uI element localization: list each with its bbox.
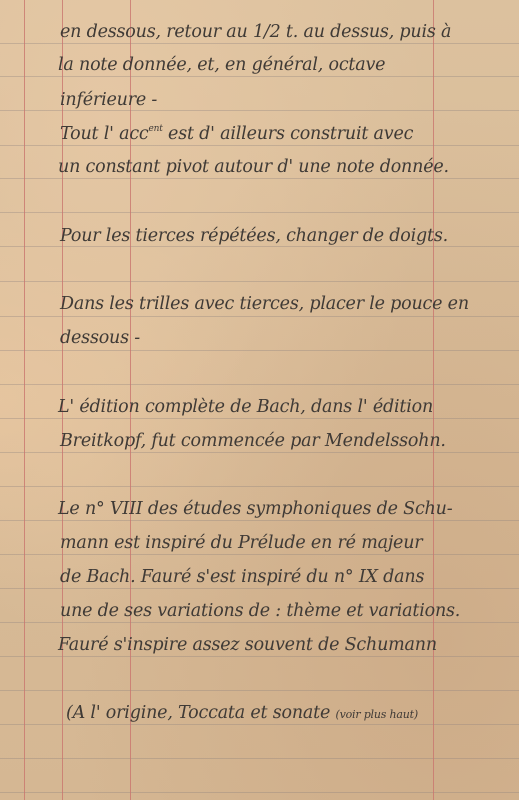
ruled-line bbox=[0, 145, 519, 146]
text-line: Le n° VIII des études symphoniques de Sc… bbox=[58, 499, 452, 519]
ruled-line bbox=[0, 418, 519, 419]
ruled-line bbox=[0, 792, 519, 793]
ruled-line bbox=[0, 554, 519, 555]
ruled-line bbox=[0, 622, 519, 623]
text-line: un constant pivot autour d' une note don… bbox=[58, 157, 449, 177]
superscript: ent bbox=[149, 124, 163, 134]
ruled-line bbox=[0, 178, 519, 179]
text-line: Pour les tierces répétées, changer de do… bbox=[60, 226, 448, 246]
text-line: L' édition complète de Bach, dans l' édi… bbox=[58, 397, 433, 417]
ruled-line bbox=[0, 520, 519, 521]
text-line: (A l' origine, Toccata et sonate (voir p… bbox=[66, 703, 418, 723]
ruled-line bbox=[0, 486, 519, 487]
ruled-line bbox=[0, 110, 519, 111]
ruled-line bbox=[0, 656, 519, 657]
text-line: la note donnée, et, en général, octave bbox=[58, 55, 385, 75]
text-line: en dessous, retour au 1/2 t. au dessus, … bbox=[60, 22, 451, 42]
parenthetical-note: (voir plus haut) bbox=[336, 708, 418, 721]
ruled-line bbox=[0, 316, 519, 317]
notebook-page: en dessous, retour au 1/2 t. au dessus, … bbox=[0, 0, 519, 800]
text-line: mann est inspiré du Prélude en ré majeur bbox=[60, 533, 422, 553]
text-line: une de ses variations de : thème et vari… bbox=[60, 601, 460, 621]
text-line: Tout l' accent est d' ailleurs construit… bbox=[60, 124, 413, 144]
ruled-line bbox=[0, 212, 519, 213]
text-line: Dans les trilles avec tierces, placer le… bbox=[60, 294, 469, 314]
ruled-line bbox=[0, 724, 519, 725]
text-line: dessous - bbox=[60, 328, 140, 348]
text-span: Tout l' acc bbox=[60, 124, 149, 144]
ruled-line bbox=[0, 76, 519, 77]
ruled-line bbox=[0, 350, 519, 351]
ruled-line bbox=[0, 758, 519, 759]
ruled-line bbox=[0, 588, 519, 589]
text-span: (A l' origine, Toccata et sonate bbox=[66, 703, 336, 723]
text-line: inférieure - bbox=[60, 90, 157, 110]
text-span: est d' ailleurs construit avec bbox=[163, 124, 414, 144]
ruled-line bbox=[0, 452, 519, 453]
ruled-line bbox=[0, 246, 519, 247]
margin-line bbox=[433, 0, 434, 800]
text-line: Breitkopf, fut commencée par Mendelssohn… bbox=[60, 431, 446, 451]
ruled-line bbox=[0, 43, 519, 44]
ruled-line bbox=[0, 281, 519, 282]
text-line: de Bach. Fauré s'est inspiré du n° IX da… bbox=[60, 567, 424, 587]
ruled-line bbox=[0, 384, 519, 385]
ruled-line bbox=[0, 690, 519, 691]
text-line: Fauré s'inspire assez souvent de Schuman… bbox=[58, 635, 437, 655]
margin-line bbox=[24, 0, 25, 800]
